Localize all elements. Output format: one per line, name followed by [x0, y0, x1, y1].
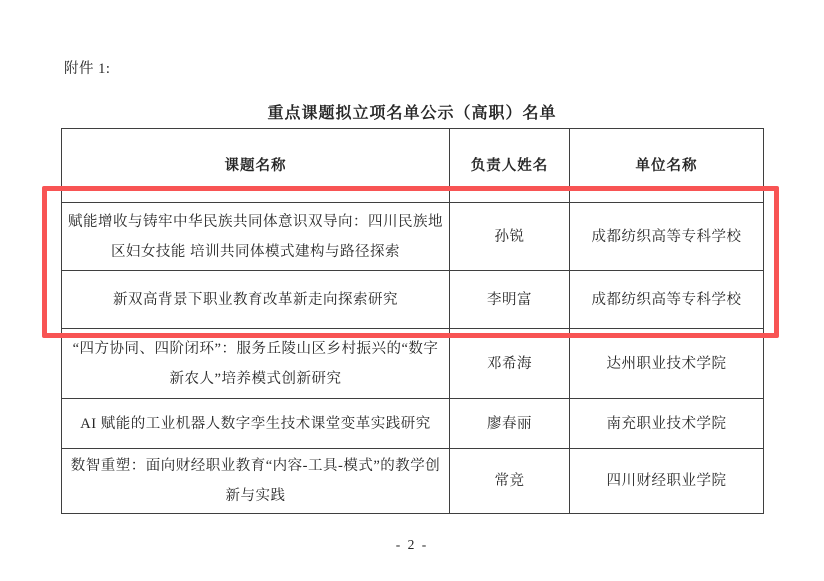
table-header-row: 课题名称 负责人姓名 单位名称 [62, 129, 764, 203]
unit-name-cell: 南充职业技术学院 [570, 399, 764, 449]
column-header-unit-name: 单位名称 [570, 129, 764, 203]
project-name-cell: “四方协同、四阶闭环”：服务丘陵山区乡村振兴的“数字新农人”培养模式创新研究 [62, 329, 450, 399]
leader-name-cell: 常竞 [450, 449, 570, 514]
page-title: 重点课题拟立项名单公示（高职）名单 [0, 100, 824, 123]
leader-name-cell: 廖春丽 [450, 399, 570, 449]
attachment-label: 附件 1: [64, 57, 110, 78]
leader-name-cell: 李明富 [450, 271, 570, 329]
table-row: 新双高背景下职业教育改革新走向探索研究 李明富 成都纺织高等专科学校 [62, 271, 764, 329]
unit-name-cell: 达州职业技术学院 [570, 329, 764, 399]
project-name-cell: AI 赋能的工业机器人数字孪生技术课堂变革实践研究 [62, 399, 450, 449]
document-page: 附件 1: 重点课题拟立项名单公示（高职）名单 课题名称 负责人姓名 单位名称 … [0, 0, 824, 581]
project-name-cell: 赋能增收与铸牢中华民族共同体意识双导向：四川民族地区妇女技能 培训共同体模式建构… [62, 203, 450, 271]
project-name-cell: 数智重塑：面向财经职业教育“内容-工具-模式”的教学创新与实践 [62, 449, 450, 514]
unit-name-cell: 成都纺织高等专科学校 [570, 203, 764, 271]
column-header-project-name: 课题名称 [62, 129, 450, 203]
table-row: “四方协同、四阶闭环”：服务丘陵山区乡村振兴的“数字新农人”培养模式创新研究 邓… [62, 329, 764, 399]
projects-table: 课题名称 负责人姓名 单位名称 赋能增收与铸牢中华民族共同体意识双导向：四川民族… [61, 128, 764, 514]
unit-name-cell: 四川财经职业学院 [570, 449, 764, 514]
project-name-cell: 新双高背景下职业教育改革新走向探索研究 [62, 271, 450, 329]
table-row: 数智重塑：面向财经职业教育“内容-工具-模式”的教学创新与实践 常竞 四川财经职… [62, 449, 764, 514]
leader-name-cell: 孙锐 [450, 203, 570, 271]
column-header-leader-name: 负责人姓名 [450, 129, 570, 203]
page-number: - 2 - [0, 537, 824, 553]
leader-name-cell: 邓希海 [450, 329, 570, 399]
table-row: 赋能增收与铸牢中华民族共同体意识双导向：四川民族地区妇女技能 培训共同体模式建构… [62, 203, 764, 271]
unit-name-cell: 成都纺织高等专科学校 [570, 271, 764, 329]
table-row: AI 赋能的工业机器人数字孪生技术课堂变革实践研究 廖春丽 南充职业技术学院 [62, 399, 764, 449]
